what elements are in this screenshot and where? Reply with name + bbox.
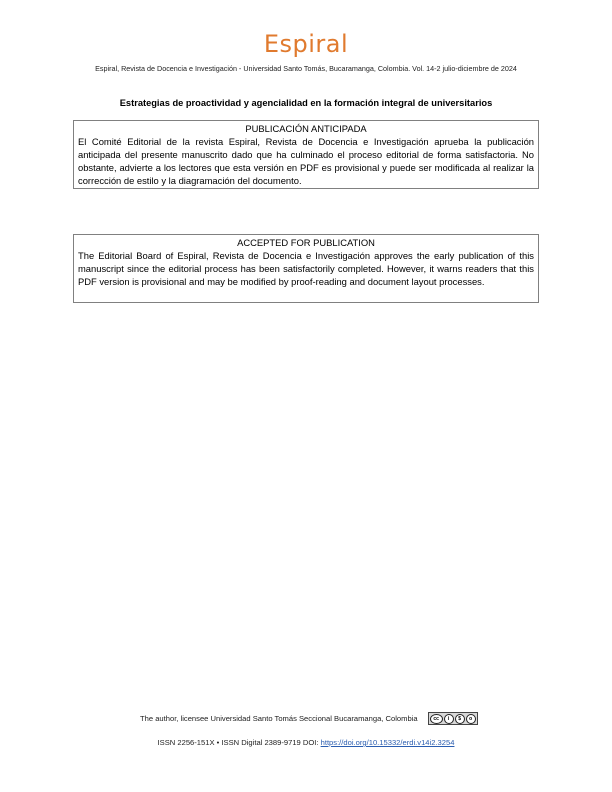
license-text: The author, licensee Universidad Santo T… [140, 714, 418, 723]
cc-license-badge[interactable]: cc i $ o [428, 712, 478, 725]
footer-issn: ISSN 2256-151X • ISSN Digital 2389-9719 … [0, 738, 612, 747]
notice-heading-en: ACCEPTED FOR PUBLICATION [78, 236, 534, 249]
early-publication-notice-es: PUBLICACIÓN ANTICIPADA El Comité Editori… [73, 120, 539, 189]
notice-body-en: The Editorial Board of Espiral, Revista … [78, 249, 534, 288]
cc-by-icon: i [444, 714, 454, 724]
doi-link[interactable]: https://doi.org/10.15332/erdi.v14i2.3254 [321, 738, 455, 747]
cc-nc-icon: $ [455, 714, 465, 724]
cc-icon: cc [430, 714, 443, 724]
journal-info-line: Espiral, Revista de Docencia e Investiga… [0, 64, 612, 73]
footer-license: The author, licensee Universidad Santo T… [140, 712, 478, 725]
notice-body-es: El Comité Editorial de la revista Espira… [78, 135, 534, 187]
early-publication-notice-en: ACCEPTED FOR PUBLICATION The Editorial B… [73, 234, 539, 303]
cc-sa-icon: o [466, 714, 476, 724]
issn-text: ISSN 2256-151X • ISSN Digital 2389-9719 … [158, 738, 321, 747]
article-title: Estrategias de proactividad y agencialid… [0, 98, 612, 108]
notice-heading-es: PUBLICACIÓN ANTICIPADA [78, 122, 534, 135]
journal-logo: Espiral [0, 30, 612, 58]
